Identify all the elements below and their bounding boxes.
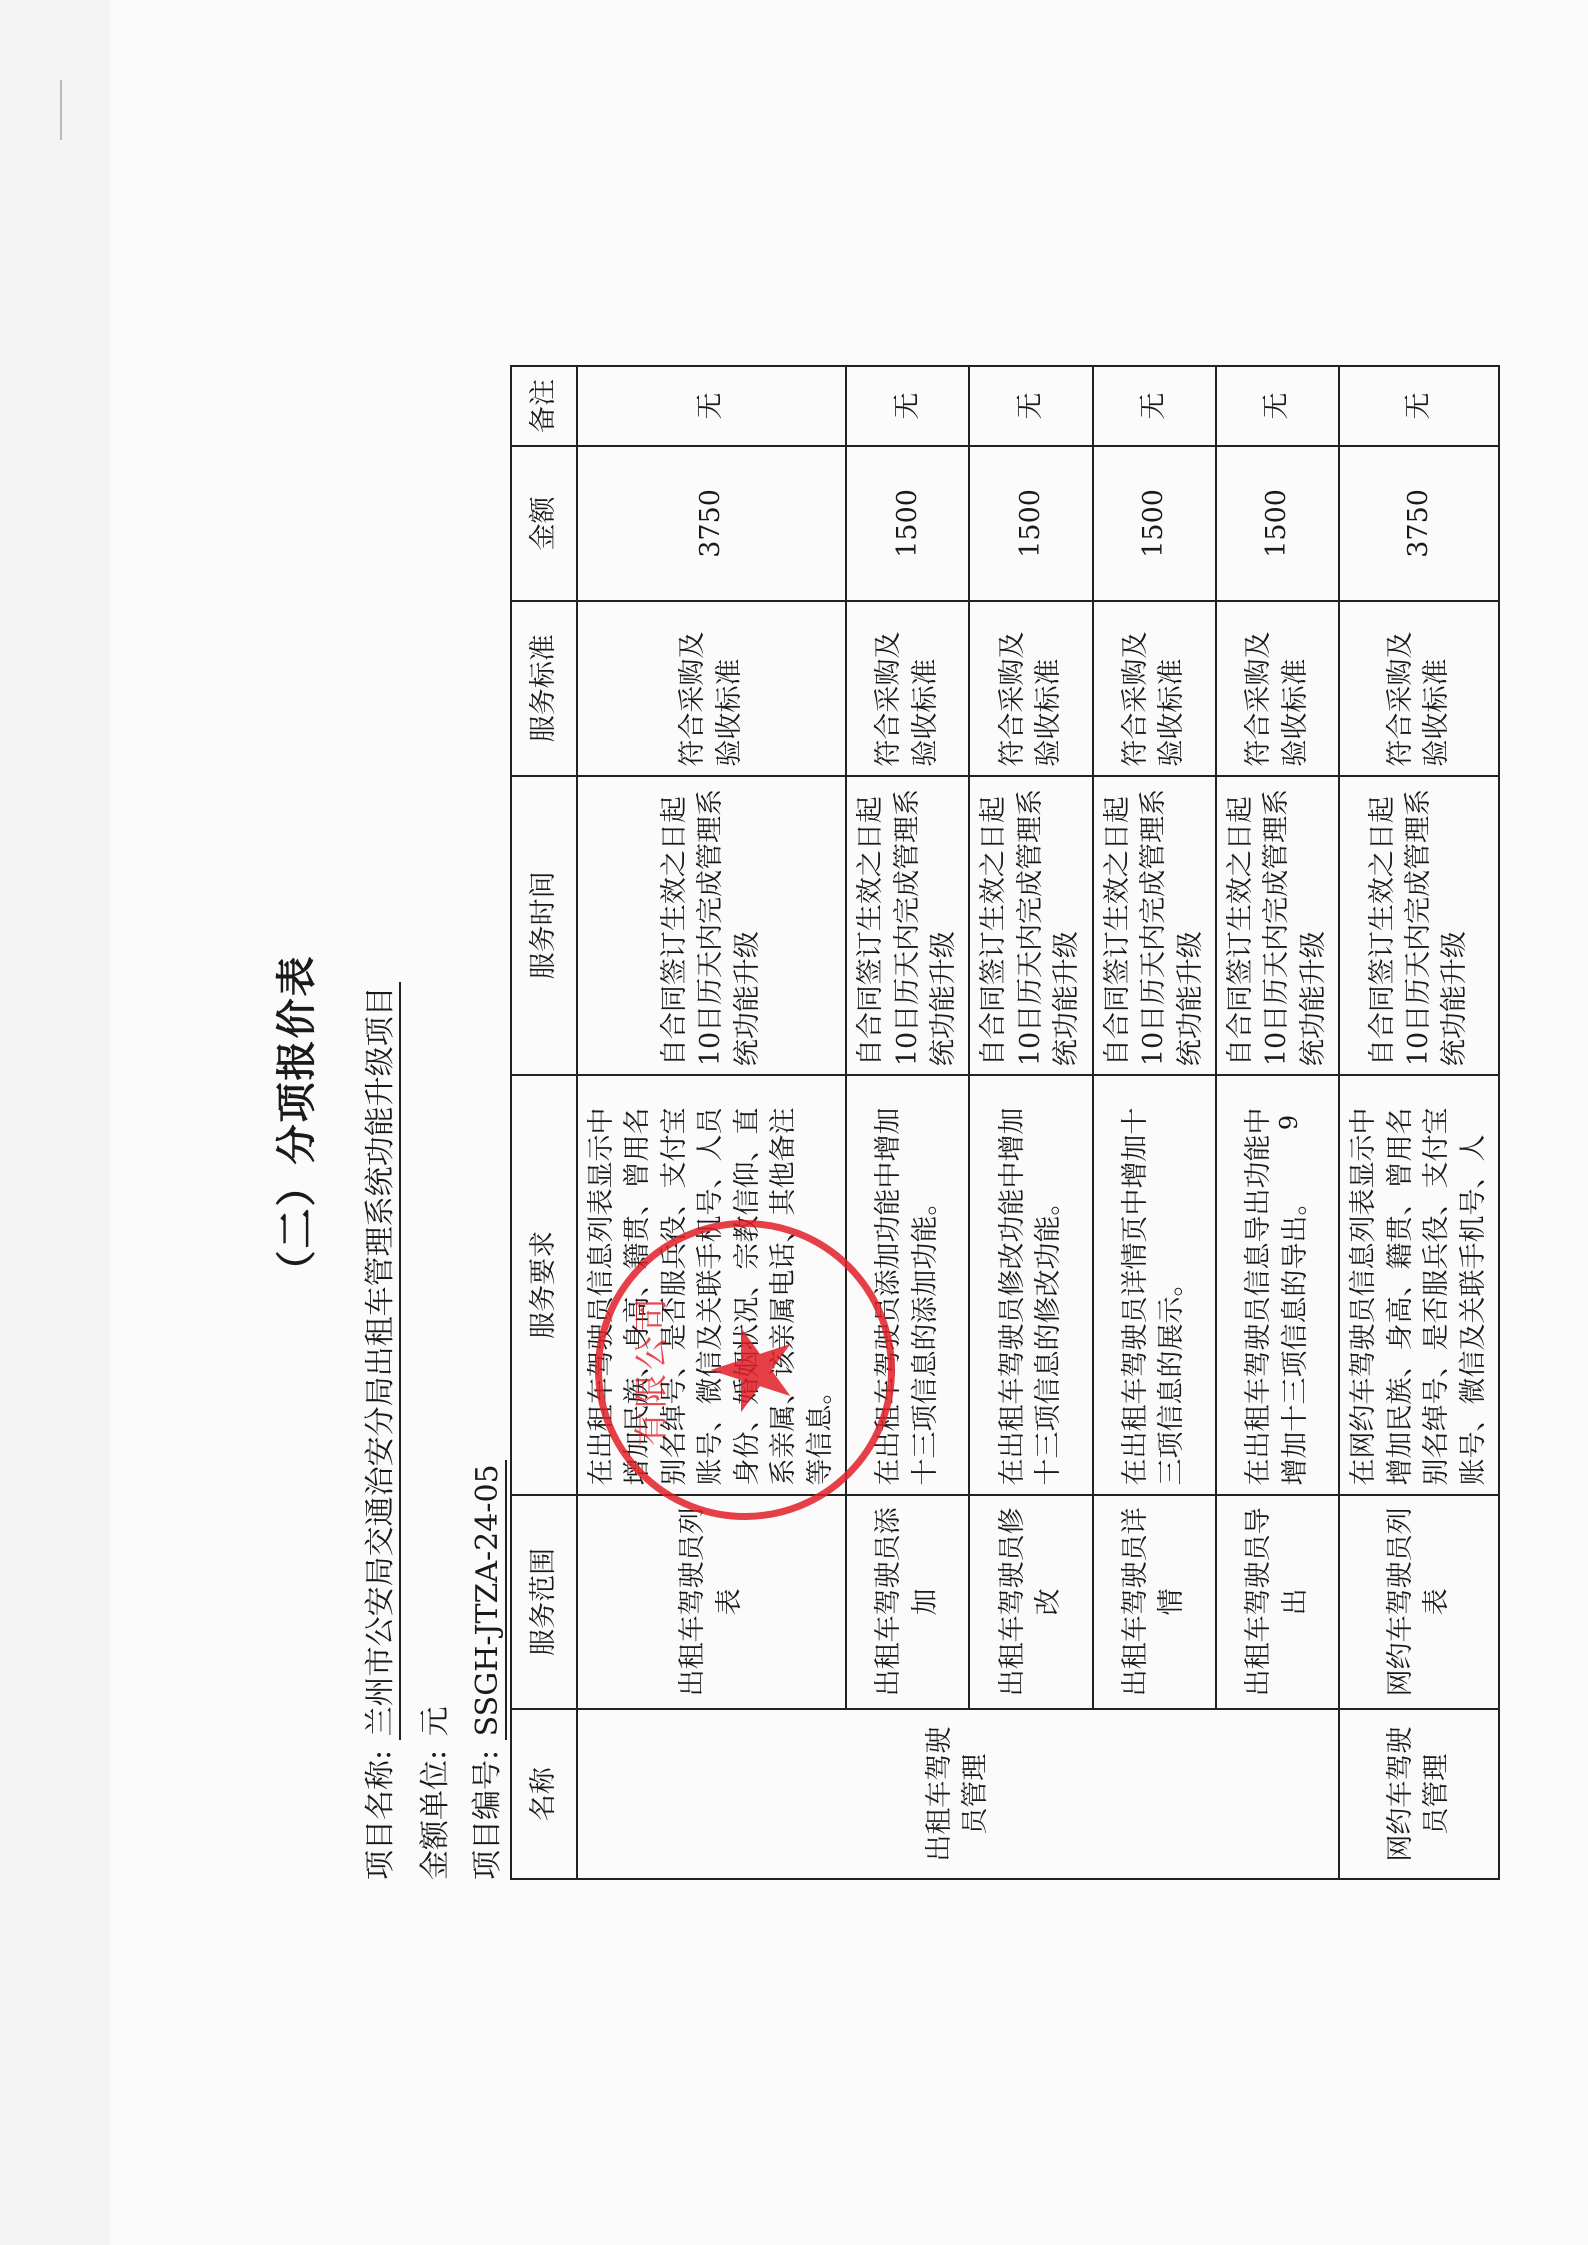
header-time: 服务时间 [511, 776, 577, 1076]
cell-remark: 无 [846, 366, 969, 446]
table-row: 网约车驾驶员管理网约车驾驶员列表在网约车驾驶员信息列表显示中增加民族、身高、籍贯… [1339, 366, 1499, 1879]
cell-requirement: 在网约车驾驶员信息列表显示中增加民族、身高、籍贯、曾用名别名绰号、是否服兵役、支… [1339, 1075, 1499, 1494]
cell-amount: 1500 [1093, 446, 1216, 601]
cell-remark: 无 [1093, 366, 1216, 446]
cell-standard: 符合采购及验收标准 [577, 601, 846, 776]
document-page: （二）分项报价表 项目名称: 兰州市公安局交通治安分局出租车管理系统功能升级项目… [0, 0, 1588, 2245]
cell-time: 自合同签订生效之日起10日历天内完成管理系统功能升级 [969, 776, 1092, 1076]
table-row: 出租车驾驶员详情在出租车驾驶员详情页中增加十三项信息的展示。自合同签订生效之日起… [1093, 366, 1216, 1879]
cell-remark: 无 [969, 366, 1092, 446]
header-name: 名称 [511, 1709, 577, 1879]
cell-amount: 1500 [846, 446, 969, 601]
cell-scope: 出租车驾驶员修改 [969, 1495, 1092, 1710]
amount-unit-value: 元 [410, 1702, 454, 1740]
cell-standard: 符合采购及验收标准 [969, 601, 1092, 776]
scan-mark [60, 80, 62, 140]
quotation-table: 名称 服务范围 服务要求 服务时间 服务标准 金额 备注 出租车驾驶员管理出租车… [510, 365, 1500, 1880]
amount-unit-line: 金额单位: 元 [410, 1702, 454, 1880]
header-remark: 备注 [511, 366, 577, 446]
page-number: 9 [1275, 0, 1303, 2245]
header-amount: 金额 [511, 446, 577, 601]
project-code-line: 项目编号: SSGH-JTZA-24-05 [462, 1460, 507, 1880]
header-scope: 服务范围 [511, 1495, 577, 1710]
cell-amount: 3750 [1339, 446, 1499, 601]
table-header-row: 名称 服务范围 服务要求 服务时间 服务标准 金额 备注 [511, 366, 577, 1879]
table-row: 出租车驾驶员修改在出租车驾驶员修改功能中增加十三项信息的修改功能。自合同签订生效… [969, 366, 1092, 1879]
table-row: 出租车驾驶员添加在出租车驾驶员添加功能中增加十三项信息的添加功能。自合同签订生效… [846, 366, 969, 1879]
project-code-value: SSGH-JTZA-24-05 [470, 1460, 507, 1740]
cell-standard: 符合采购及验收标准 [1093, 601, 1216, 776]
cell-requirement: 在出租车驾驶员信息列表显示中增加民族、身高、籍贯、曾用名别名绰号、是否服兵役、支… [577, 1075, 846, 1494]
header-requirement: 服务要求 [511, 1075, 577, 1494]
header-standard: 服务标准 [511, 601, 577, 776]
cell-remark: 无 [1339, 366, 1499, 446]
project-name-value: 兰州市公安局交通治安分局出租车管理系统功能升级项目 [355, 982, 401, 1740]
cell-time: 自合同签订生效之日起10日历天内完成管理系统功能升级 [577, 776, 846, 1076]
cell-amount: 1500 [969, 446, 1092, 601]
cell-amount: 3750 [577, 446, 846, 601]
cell-scope: 出租车驾驶员列表 [577, 1495, 846, 1710]
project-name-label: 项目名称: [355, 1750, 399, 1880]
cell-requirement: 在出租车驾驶员详情页中增加十三项信息的展示。 [1093, 1075, 1216, 1494]
cell-scope: 出租车驾驶员详情 [1093, 1495, 1216, 1710]
amount-unit-label: 金额单位: [410, 1750, 454, 1880]
cell-requirement: 在出租车驾驶员修改功能中增加十三项信息的修改功能。 [969, 1075, 1092, 1494]
scan-margin [0, 0, 110, 2245]
cell-time: 自合同签订生效之日起10日历天内完成管理系统功能升级 [1339, 776, 1499, 1076]
cell-requirement: 在出租车驾驶员添加功能中增加十三项信息的添加功能。 [846, 1075, 969, 1494]
table-row: 出租车驾驶员管理出租车驾驶员列表在出租车驾驶员信息列表显示中增加民族、身高、籍贯… [577, 366, 846, 1879]
project-code-label: 项目编号: [462, 1750, 506, 1880]
cell-scope: 出租车驾驶员添加 [846, 1495, 969, 1710]
cell-group-name: 网约车驾驶员管理 [1339, 1709, 1499, 1879]
cell-time: 自合同签订生效之日起10日历天内完成管理系统功能升级 [846, 776, 969, 1076]
cell-remark: 无 [577, 366, 846, 446]
cell-standard: 符合采购及验收标准 [1339, 601, 1499, 776]
cell-scope: 网约车驾驶员列表 [1339, 1495, 1499, 1710]
cell-standard: 符合采购及验收标准 [846, 601, 969, 776]
page-title: （二）分项报价表 [265, 0, 322, 2245]
cell-time: 自合同签订生效之日起10日历天内完成管理系统功能升级 [1093, 776, 1216, 1076]
cell-group-name: 出租车驾驶员管理 [577, 1709, 1339, 1879]
project-name-line: 项目名称: 兰州市公安局交通治安分局出租车管理系统功能升级项目 [355, 982, 401, 1880]
